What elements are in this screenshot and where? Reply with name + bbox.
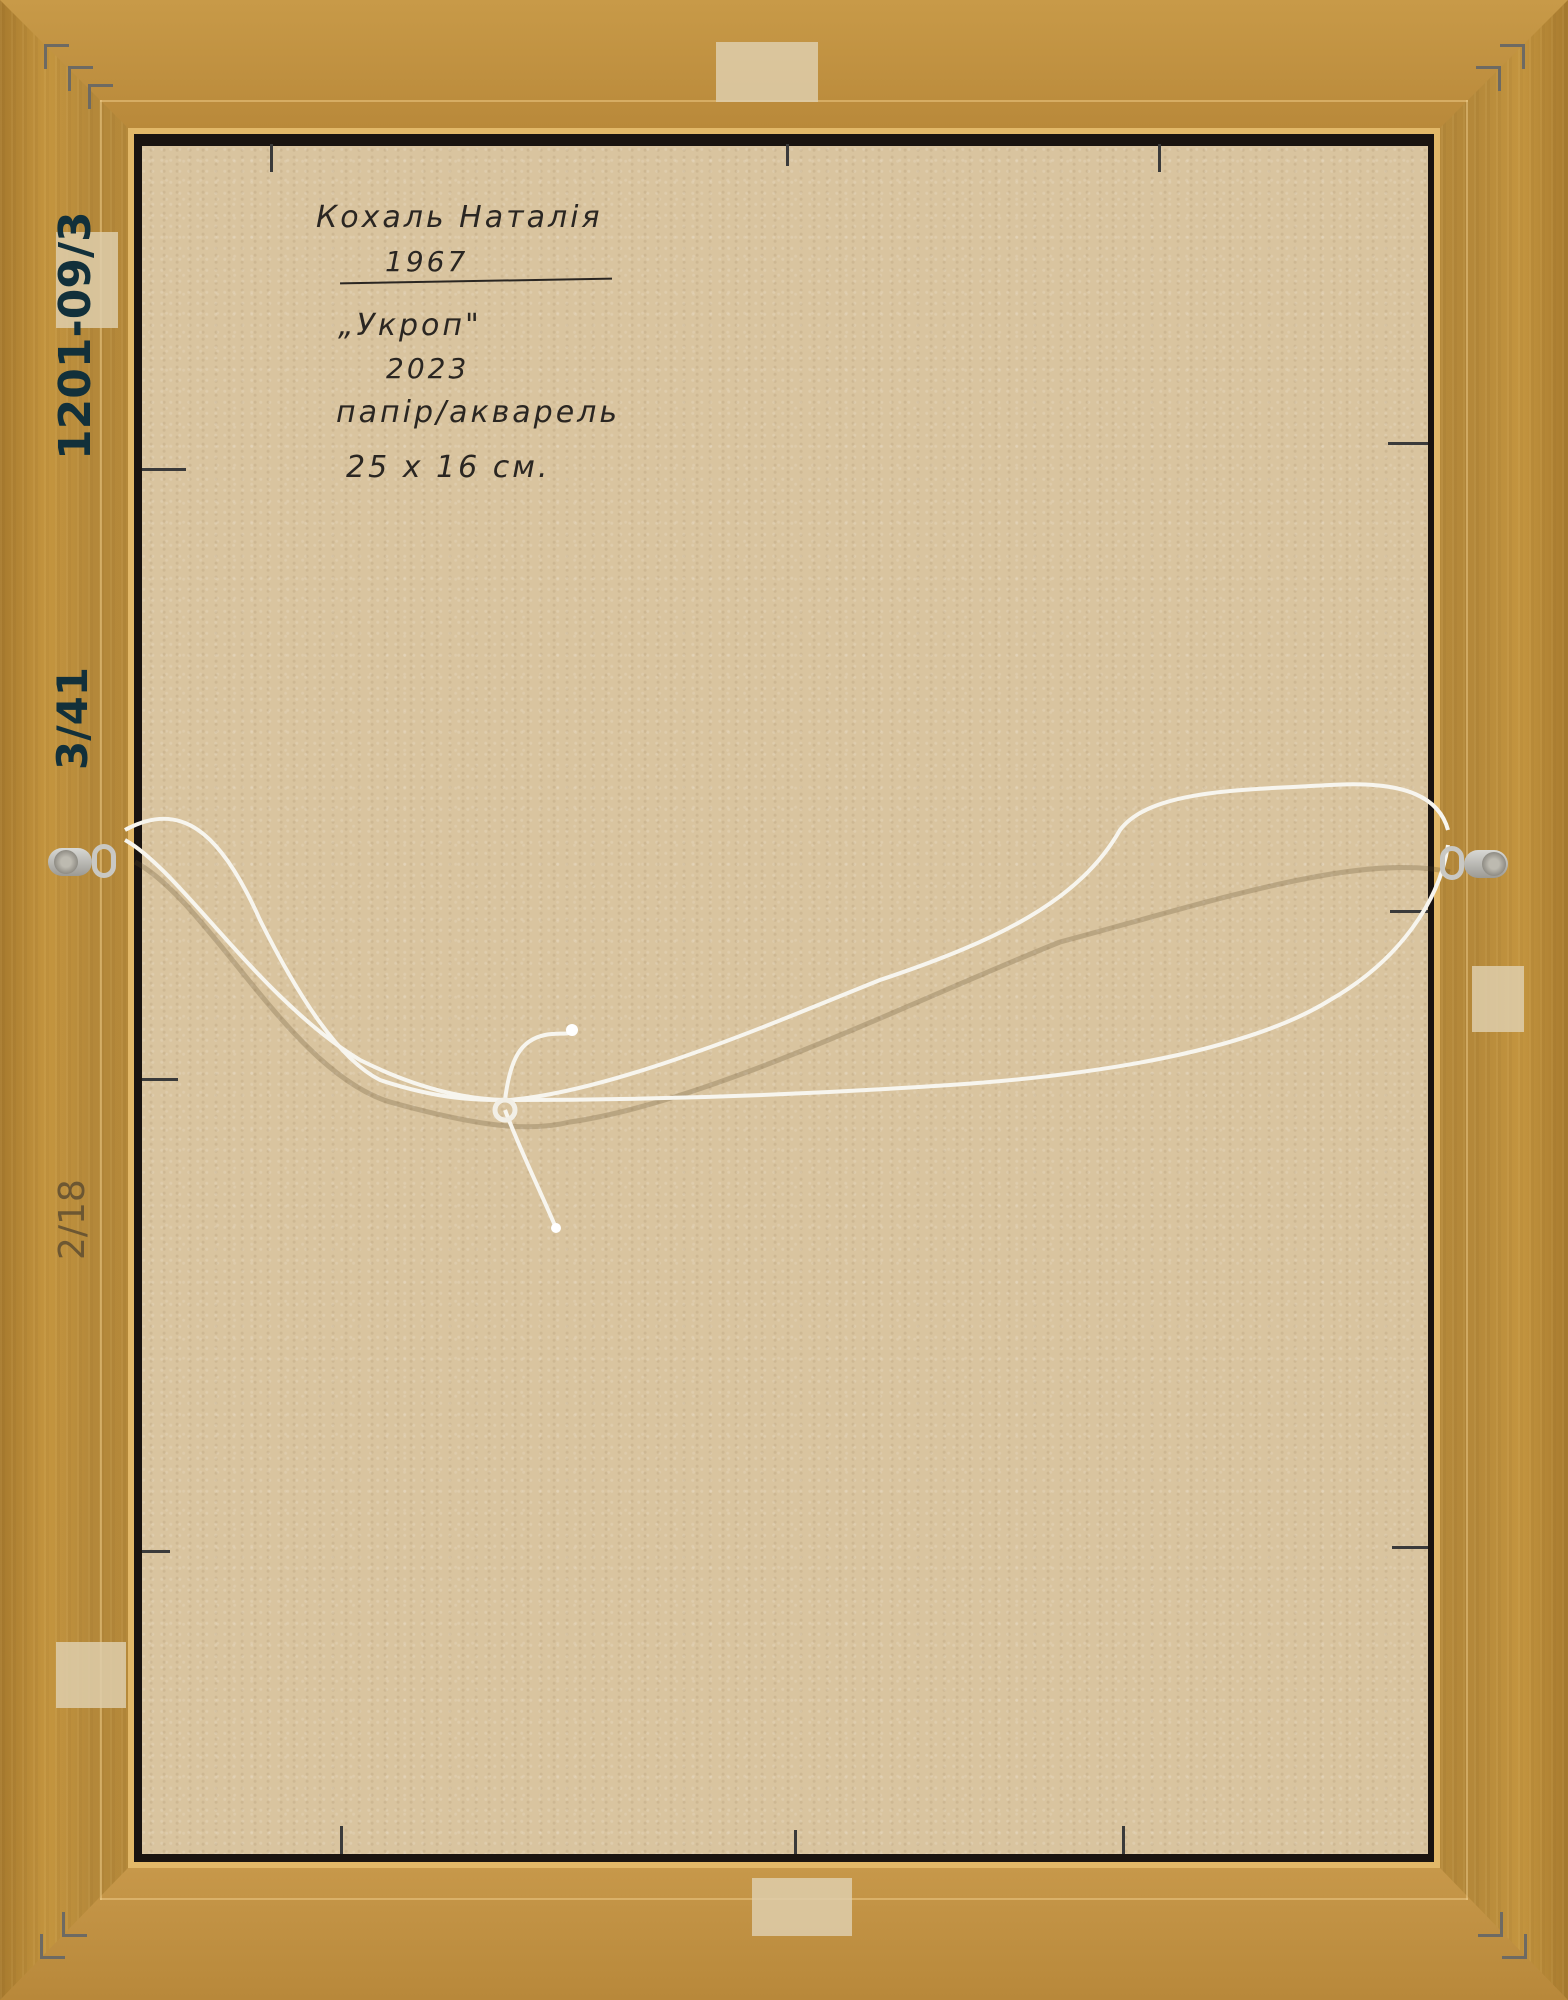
hanging-cord bbox=[0, 0, 1568, 2000]
screw-icon bbox=[1482, 852, 1506, 876]
cord-end bbox=[551, 1223, 561, 1233]
d-ring-hanger-left bbox=[48, 844, 118, 880]
screw-icon bbox=[54, 850, 78, 874]
picture-frame: Кохаль Наталія 1967 „Укроп" 2023 папір/а… bbox=[0, 0, 1568, 2000]
d-ring-hanger-right bbox=[1440, 846, 1510, 882]
cord-end bbox=[566, 1024, 578, 1036]
